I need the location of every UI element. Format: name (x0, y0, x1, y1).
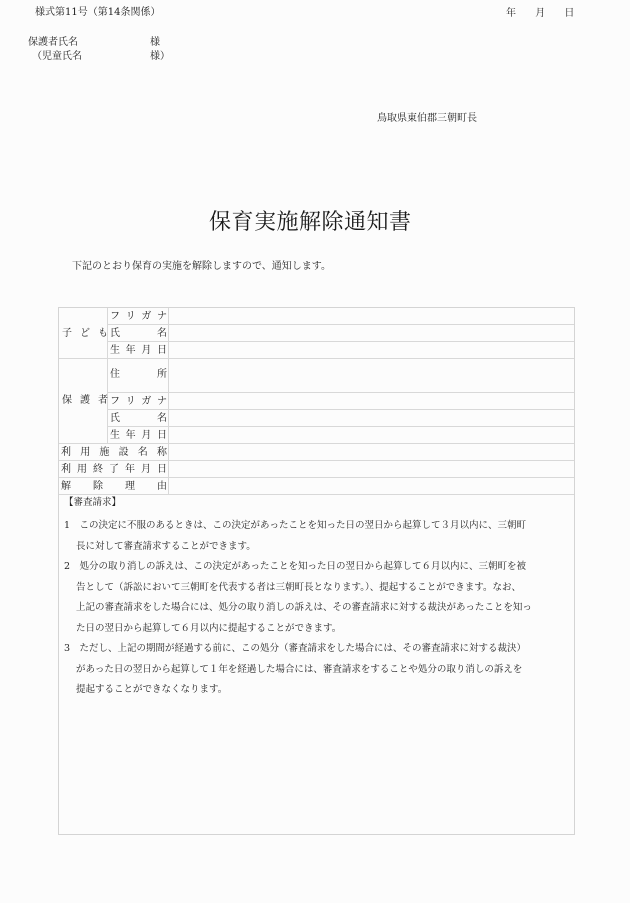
appeal-line: 2 処分の取り消しの訴えは、この決定があったことを知った日の翌日から起算して６月… (64, 557, 569, 578)
label-char: 由 (157, 478, 167, 495)
label-char: 日 (157, 461, 167, 478)
appeal-line: 3 ただし、上記の期間が経過する前に、この処分（審査請求をした場合には、その審査… (64, 639, 569, 660)
label-char: 住 (110, 366, 120, 383)
label-char: 名 (157, 410, 167, 427)
row-label-end-date: 利 用 終 了 年 月 日 (61, 461, 167, 478)
label-char: 子 (62, 327, 72, 341)
row-label-guardian-address: 住 所 (110, 366, 167, 383)
label-char: 理 (125, 478, 135, 495)
label-char: 用 (77, 461, 87, 478)
appeal-line: た日の翌日から起算して６月以内に提起することができます。 (64, 619, 569, 640)
date-day-label: 日 (564, 4, 574, 19)
label-char: ナ (157, 393, 167, 410)
label-char: リ (126, 308, 136, 325)
label-char: 日 (157, 427, 167, 444)
label-char: も (98, 327, 108, 341)
label-char: 年 (126, 427, 136, 444)
label-char: ガ (141, 308, 151, 325)
label-char: 施 (99, 444, 109, 461)
appeal-section: 【審査請求】 1 この決定に不服のあるときは、この決定があったことを知った日の翌… (64, 496, 569, 701)
guardian-honorific: 様 (150, 36, 160, 50)
document-title: 保育実施解除通知書 (209, 205, 412, 236)
label-char: 年 (126, 342, 136, 359)
label-char: 月 (141, 461, 151, 478)
label-char: 月 (141, 427, 151, 444)
appeal-heading: 【審査請求】 (64, 496, 569, 510)
date-month-label: 月 (535, 4, 545, 19)
label-char: 者 (98, 394, 108, 408)
label-char: 氏 (110, 325, 120, 342)
row-label-guardian-name: 氏 名 (110, 410, 167, 427)
recipient-block: 保護者氏名 様 （児童氏名 様） (28, 36, 202, 64)
issuer: 鳥取県東伯郡三朝町長 (377, 109, 477, 124)
label-char: 生 (110, 427, 120, 444)
label-char: 名 (157, 325, 167, 342)
label-char: フ (110, 308, 120, 325)
group-label-child: 子 ど も (62, 327, 108, 341)
row-label-child-name: 氏 名 (110, 325, 167, 342)
appeal-line: があった日の翌日から起算して１年を経過した場合には、審査請求をすることや処分の取… (64, 660, 569, 681)
child-name-label: （児童氏名 (32, 51, 82, 62)
form-number: 様式第11号（第14条関係） (35, 3, 160, 18)
label-char: 氏 (110, 410, 120, 427)
row-label-guardian-furigana: フ リ ガ ナ (110, 393, 167, 410)
label-char: ど (80, 327, 90, 341)
label-char: 保 (62, 394, 72, 408)
label-char: 利 (61, 461, 71, 478)
row-label-child-birthdate: 生 年 月 日 (110, 342, 167, 359)
appeal-line: 告として（訴訟において三朝町を代表する者は三朝町長となります。）、提起することが… (64, 578, 569, 599)
label-char: 利 (61, 444, 71, 461)
row-label-cancel-reason: 解 除 理 由 (61, 478, 167, 495)
guardian-name-label: 保護者氏名 (28, 37, 78, 48)
date-year-label: 年 (506, 4, 516, 19)
appeal-line: 1 この決定に不服のあるときは、この決定があったことを知った日の翌日から起算して… (64, 516, 569, 537)
lead-text: 下記のとおり保育の実施を解除しますので、通知します。 (72, 257, 331, 272)
label-char: 名 (138, 444, 148, 461)
label-char: 生 (110, 342, 120, 359)
row-label-guardian-birthdate: 生 年 月 日 (110, 427, 167, 444)
label-char: 月 (141, 342, 151, 359)
label-char: 称 (157, 444, 167, 461)
label-char: 所 (157, 366, 167, 383)
label-char: 年 (125, 461, 135, 478)
label-char: ガ (141, 393, 151, 410)
group-label-guardian: 保 護 者 (62, 394, 108, 408)
label-char: ナ (157, 308, 167, 325)
appeal-line: 提起することができなくなります。 (64, 680, 569, 701)
label-char: フ (110, 393, 120, 410)
label-char: 日 (157, 342, 167, 359)
row-label-child-furigana: フ リ ガ ナ (110, 308, 167, 325)
child-honorific: 様） (150, 50, 170, 64)
label-char: 用 (80, 444, 90, 461)
label-char: リ (126, 393, 136, 410)
label-char: 了 (109, 461, 119, 478)
date-field: 年 月 日 (506, 4, 590, 19)
label-char: 解 (61, 478, 71, 495)
appeal-line: 上記の審査請求をした場合には、処分の取り消しの訴えは、その審査請求に対する裁決が… (64, 598, 569, 619)
label-char: 護 (80, 394, 90, 408)
label-char: 終 (93, 461, 103, 478)
row-label-facility-name: 利 用 施 設 名 称 (61, 444, 167, 461)
label-char: 除 (93, 478, 103, 495)
notice-table: 子 ど も フ リ ガ ナ 氏 名 生 年 月 日 保 護 者 住 所 フ リ … (58, 307, 575, 835)
label-char: 設 (119, 444, 129, 461)
appeal-line: 長に対して審査請求することができます。 (64, 537, 569, 558)
